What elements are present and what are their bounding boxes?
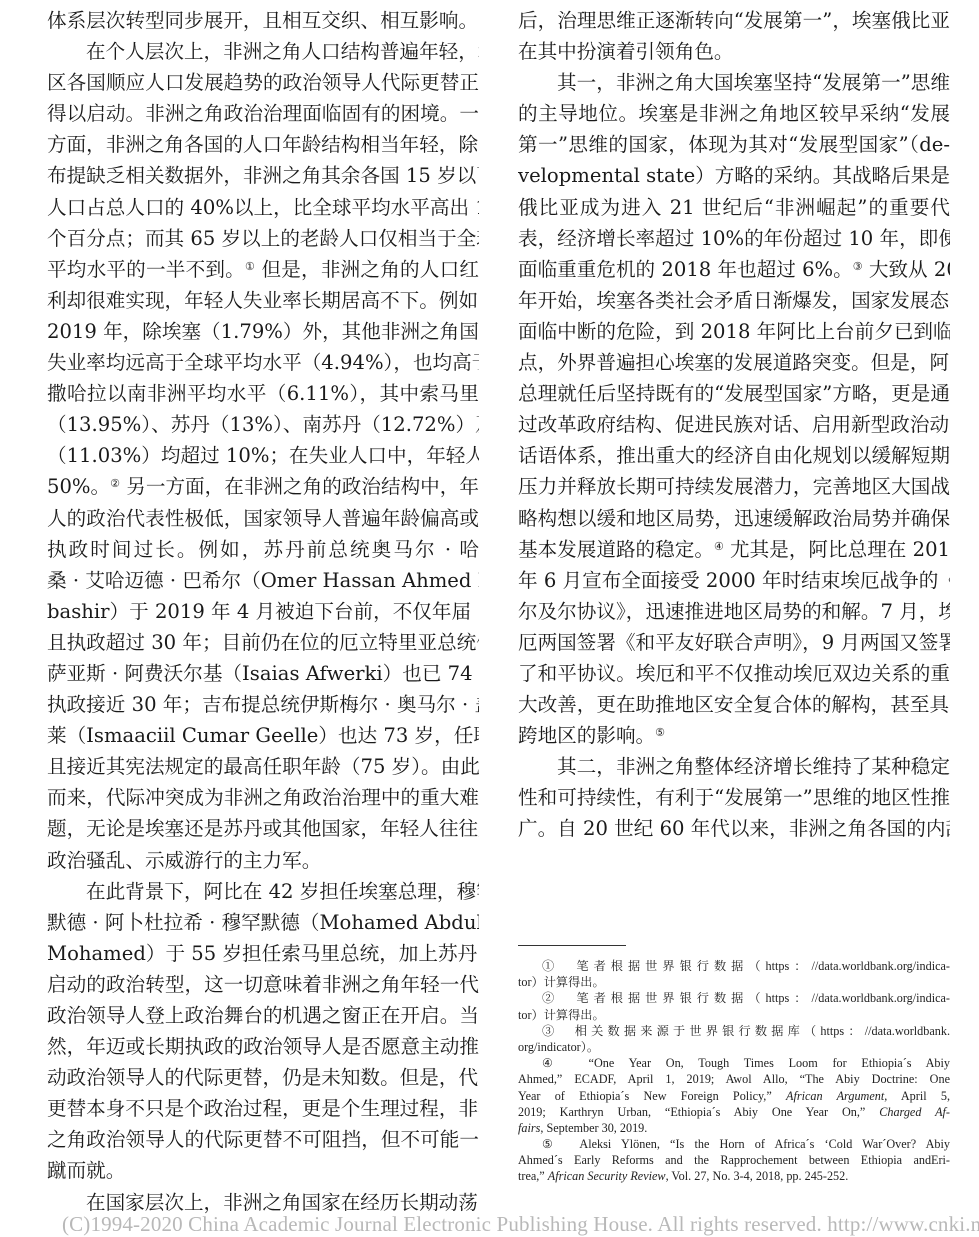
text-line: 在个人层次上，非洲之角人口结构普遍年轻，地	[47, 36, 479, 67]
footnote-line: trea,” African Security Review, Vol. 27,…	[518, 1168, 950, 1184]
footnote-line: ③ 相关数据来源于世界银行数据库（https：//data.worldbank.	[518, 1023, 950, 1039]
text-line: 人口占总人口的 40%以上，比全球平均水平高出 10	[47, 192, 479, 223]
text-line: 方面，非洲之角各国的人口年龄结构相当年轻，除吉	[47, 129, 479, 160]
text-line: 区各国顺应人口发展趋势的政治领导人代际更替正	[47, 67, 479, 98]
text-line: 其一，非洲之角大国埃塞坚持“发展第一”思维	[518, 67, 950, 98]
text-line: 后，治理思维正逐渐转向“发展第一”，埃塞俄比亚	[518, 5, 950, 36]
text-line: Mohamed）于 55 岁担任索马里总统，加上苏丹已然	[47, 938, 479, 969]
text-line: 然，年迈或长期执政的政治领导人是否愿意主动推	[47, 1031, 479, 1062]
text-line: 大改善，更在助推地区安全复合体的解构，甚至具有	[518, 689, 950, 720]
text-line: 执政时间过长。例如，苏丹前总统奥马尔 · 哈	[47, 534, 479, 565]
text-line: 总理就任后坚持既有的“发展型国家”方略，更是通	[518, 378, 950, 409]
text-line: 压力并释放长期可持续发展潜力，完善地区大国战	[518, 471, 950, 502]
footnote-ref[interactable]: ⑤	[655, 726, 665, 739]
footnote-line: Year of Ethiopia´s New Foreign Policy,” …	[518, 1088, 950, 1104]
text-line: 默德 · 阿卜杜拉希 · 穆罕默德（Mohamed Abdullahi	[47, 907, 479, 938]
footnote-line: ⑤ Aleksi Ylönen, “Is the Horn of Africa´…	[518, 1136, 950, 1152]
footnote-line: fairs, September 30, 2019.	[518, 1120, 950, 1136]
text-line: 且接近其宪法规定的最高任职年龄（75 岁）。由此	[47, 751, 479, 782]
text-line: 2019 年，除埃塞（1.79%）外，其他非洲之角国家的	[47, 316, 479, 347]
text-line: 更替本身不只是个政治过程，更是个生理过程，非洲	[47, 1093, 479, 1124]
text-line: 跨地区的影响。⑤	[518, 720, 950, 751]
text-line: 在其中扮演着引领角色。	[518, 36, 950, 67]
text-line: 了和平协议。埃厄和平不仅推动埃厄双边关系的重	[518, 658, 950, 689]
copyright-watermark: (C)1994-2020 China Academic Journal Elec…	[62, 1212, 967, 1236]
text-line: 执政接近 30 年；吉布提总统伊斯梅尔 · 奥马尔 · 盖	[47, 689, 479, 720]
text-line: 得以启动。非洲之角政治治理面临固有的困境。一	[47, 98, 479, 129]
text-line: 失业率均远高于全球平均水平（4.94%），也均高于	[47, 347, 479, 378]
text-line: 尔及尔协议》，迅速推进地区局势的和解。7 月，埃	[518, 596, 950, 627]
text-line: 利却很难实现，年轻人失业率长期居高不下。例如，	[47, 285, 479, 316]
text-line: 动政治领导人的代际更替，仍是未知数。但是，代际	[47, 1062, 479, 1093]
text-line: 50%。② 另一方面，在非洲之角的政治结构中，年轻	[47, 471, 479, 502]
text-line: 话语体系，推出重大的经济自由化规划以缓解短期	[518, 440, 950, 471]
footnote-line: 2019; Karthryn Urban, “Ethiopia´s Abiy O…	[518, 1104, 950, 1120]
text-line: 过改革政府结构、促进民族对话、启用新型政治动员	[518, 409, 950, 440]
text-line: 广。自 20 世纪 60 年代以来，非洲之角各国的内乱	[518, 813, 950, 844]
text-line: 之角政治领导人的代际更替不可阻挡，但不可能一	[47, 1124, 479, 1155]
text-line: velopmental state）方略的采纳。其战略后果是，埃塞	[518, 160, 950, 191]
text-line: 启动的政治转型，这一切意味着非洲之角年轻一代	[47, 969, 479, 1000]
text-line: （13.95%）、苏丹（13%）、南苏丹（12.72%）及吉布提	[47, 409, 479, 440]
text-line: 莱（Ismaaciil Cumar Geelle）也达 73 岁，任职满 20 …	[47, 720, 479, 751]
footnote-ref[interactable]: ③	[853, 260, 863, 273]
text-line: 撒哈拉以南非洲平均水平（6.11%），其中索马里	[47, 378, 479, 409]
text-line: 平均水平的一半不到。① 但是，非洲之角的人口红	[47, 254, 479, 285]
text-line: 略构想以缓和地区局势，迅速缓解政治局势并确保	[518, 503, 950, 534]
footnote-ref[interactable]: ①	[245, 260, 255, 273]
text-line: 第一”思维的国家，体现为其对“发展型国家”（de-	[518, 129, 950, 160]
text-line: 面临中断的危险，到 2018 年阿比上台前夕已到临界	[518, 316, 950, 347]
text-line: （11.03%）均超过 10%；在失业人口中，年轻人超过	[47, 440, 479, 471]
text-line: 在此背景下，阿比在 42 岁担任埃塞总理，穆罕	[47, 876, 479, 907]
footnote-line: org/indicator）。	[518, 1039, 950, 1055]
footnote-divider	[518, 945, 626, 946]
text-line: 蹴而就。	[47, 1155, 479, 1186]
text-line: 政治领导人登上政治舞台的机遇之窗正在开启。当	[47, 1000, 479, 1031]
text-line: 题，无论是埃塞还是苏丹或其他国家，年轻人往往是	[47, 813, 479, 844]
text-line: 性和可持续性，有利于“发展第一”思维的地区性推	[518, 782, 950, 813]
text-line: 俄比亚成为进入 21 世纪后“非洲崛起”的重要代	[518, 192, 950, 223]
text-line: 的主导地位。埃塞是非洲之角地区较早采纳“发展	[518, 98, 950, 129]
text-line: 个百分点；而其 65 岁以上的老龄人口仅相当于全球	[47, 223, 479, 254]
footnote-line: ④ “One Year On, Tough Times Loom for Eth…	[518, 1055, 950, 1071]
text-line: 基本发展道路的稳定。④ 尤其是，阿比总理在 2018	[518, 534, 950, 565]
text-line: 体系层次转型同步展开，且相互交织、相互影响。	[47, 5, 479, 36]
text-line: 且执政超过 30 年；目前仍在位的厄立特里亚总统伊	[47, 627, 479, 658]
text-line: 其二，非洲之角整体经济增长维持了某种稳定	[518, 751, 950, 782]
footnote-line: tor）计算得出。	[518, 1007, 950, 1023]
footnote-line: Ahmed´s Early Reforms and the Rapprochem…	[518, 1152, 950, 1168]
text-line: 面临重重危机的 2018 年也超过 6%。③ 大致从 2014	[518, 254, 950, 285]
footnote-line: ② 笔者根据世界银行数据（https：//data.worldbank.org/…	[518, 990, 950, 1006]
text-line: 布提缺乏相关数据外，非洲之角其余各国 15 岁以下	[47, 160, 479, 191]
footnote-line: ① 笔者根据世界银行数据（https：//data.worldbank.org/…	[518, 958, 950, 974]
text-line: 政治骚乱、示威游行的主力军。	[47, 845, 479, 876]
text-line: bashir）于 2019 年 4 月被迫下台前，不仅年届 75 岁，	[47, 596, 479, 627]
footnotes: ① 笔者根据世界银行数据（https：//data.worldbank.org/…	[518, 958, 950, 1185]
text-line: 人的政治代表性极低，国家领导人普遍年龄偏高或	[47, 503, 479, 534]
text-line: 厄两国签署《和平友好联合声明》，9 月两国又签署	[518, 627, 950, 658]
left-column: 体系层次转型同步展开，且相互交织、相互影响。在个人层次上，非洲之角人口结构普遍年…	[47, 5, 479, 1218]
text-line: 萨亚斯 · 阿费沃尔基（Isaias Afwerki）也已 74 岁且	[47, 658, 479, 689]
text-line: 年 6 月宣布全面接受 2000 年时结束埃厄战争的《阿	[518, 565, 950, 596]
text-line: 点，外界普遍担心埃塞的发展道路突变。但是，阿比	[518, 347, 950, 378]
right-column: 后，治理思维正逐渐转向“发展第一”，埃塞俄比亚在其中扮演着引领角色。其一，非洲之…	[518, 5, 950, 845]
footnote-ref[interactable]: ②	[110, 477, 120, 490]
footnote-line: tor）计算得出。	[518, 974, 950, 990]
footnote-ref[interactable]: ④	[714, 540, 724, 553]
text-line: 而来，代际冲突成为非洲之角政治治理中的重大难	[47, 782, 479, 813]
text-line: 桑 · 艾哈迈德 · 巴希尔（Omer Hassan Ahmed El-	[47, 565, 479, 596]
text-line: 表，经济增长率超过 10%的年份超过 10 年，即便在	[518, 223, 950, 254]
footnote-line: Ahmed,” ECADF, April 1, 2019; Awol Allo,…	[518, 1071, 950, 1087]
text-line: 年开始，埃塞各类社会矛盾日渐爆发，国家发展态势	[518, 285, 950, 316]
